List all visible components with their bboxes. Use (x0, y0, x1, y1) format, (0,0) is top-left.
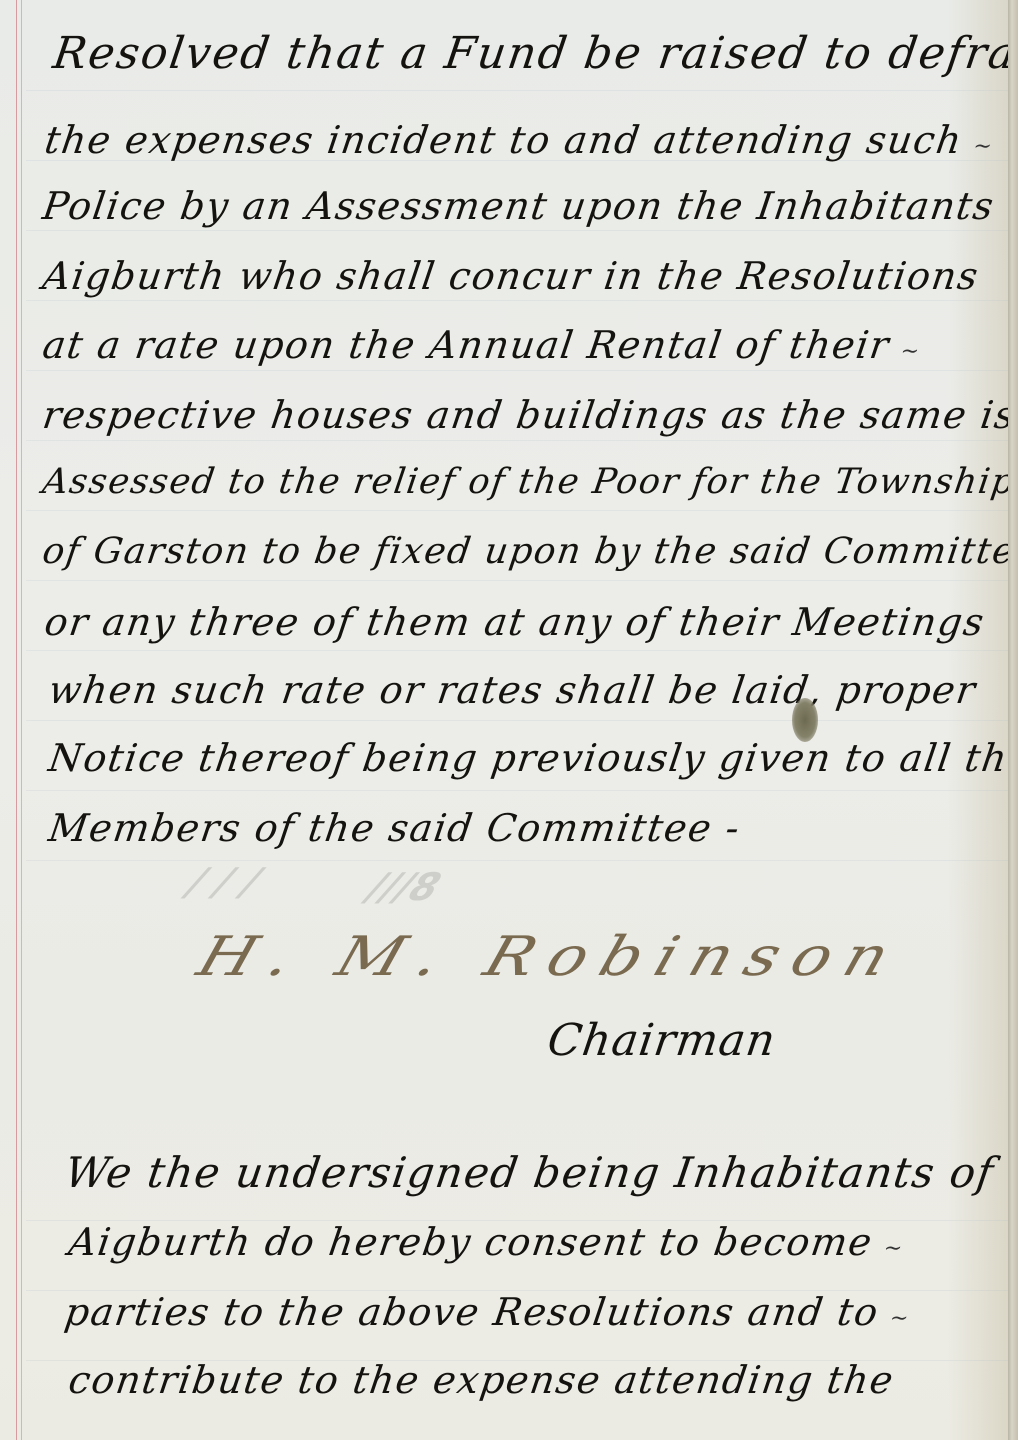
ink-stain (792, 698, 818, 742)
margin-rule (16, 0, 17, 1440)
ruled-line (26, 860, 1008, 861)
manuscript-page: Resolved that a Fund be raised to defray… (0, 0, 1008, 1440)
resolution-line: the expenses incident to and attending s… (42, 118, 997, 162)
bleed-through-mark: / / / (177, 860, 271, 904)
declaration-line: contribute to the expense attending the (66, 1358, 909, 1402)
ruled-line (26, 300, 1008, 301)
resolution-line: at a rate upon the Annual Rental of thei… (40, 323, 925, 367)
resolution-line: when such rate or rates shall be laid, p… (46, 668, 991, 712)
resolution-line: of Garston to be fixed upon by the said … (40, 531, 1008, 572)
resolution-line: respective houses and buildings as the s… (40, 393, 1008, 437)
ruled-line (26, 370, 1008, 371)
ruled-line (26, 510, 1008, 511)
ruled-line (26, 720, 1008, 721)
signatory-title: Chairman (544, 1015, 779, 1066)
ruled-line (26, 650, 1008, 651)
bleed-through-mark: ///8 (357, 865, 450, 909)
declaration-line: We the undersigned being Inhabitants of (62, 1148, 1008, 1197)
chairman-signature: H. M. Robinson (190, 926, 911, 989)
resolution-line: Resolved that a Fund be raised to defray (50, 28, 1008, 79)
resolution-line: Police by an Assessment upon the Inhabit… (40, 184, 1008, 228)
ruled-line (26, 790, 1008, 791)
ruled-line (26, 230, 1008, 231)
ruled-line (26, 90, 1008, 91)
page-edge (1008, 0, 1018, 1440)
ruled-line (26, 580, 1008, 581)
resolution-line: Aigburth who shall concur in the Resolut… (40, 254, 994, 298)
declaration-line: Aigburth do hereby consent to become~ (66, 1220, 908, 1264)
declaration-line: parties to the above Resolutions and to~ (62, 1290, 914, 1334)
resolution-line: Members of the said Committee - (46, 806, 755, 850)
resolution-line: Assessed to the relief of the Poor for t… (40, 462, 1008, 502)
margin-rule (21, 0, 22, 1440)
resolution-line: or any three of them at any of their Mee… (42, 600, 1000, 644)
resolution-line: Notice thereof being previously given to… (46, 736, 1008, 780)
ruled-line (26, 440, 1008, 441)
